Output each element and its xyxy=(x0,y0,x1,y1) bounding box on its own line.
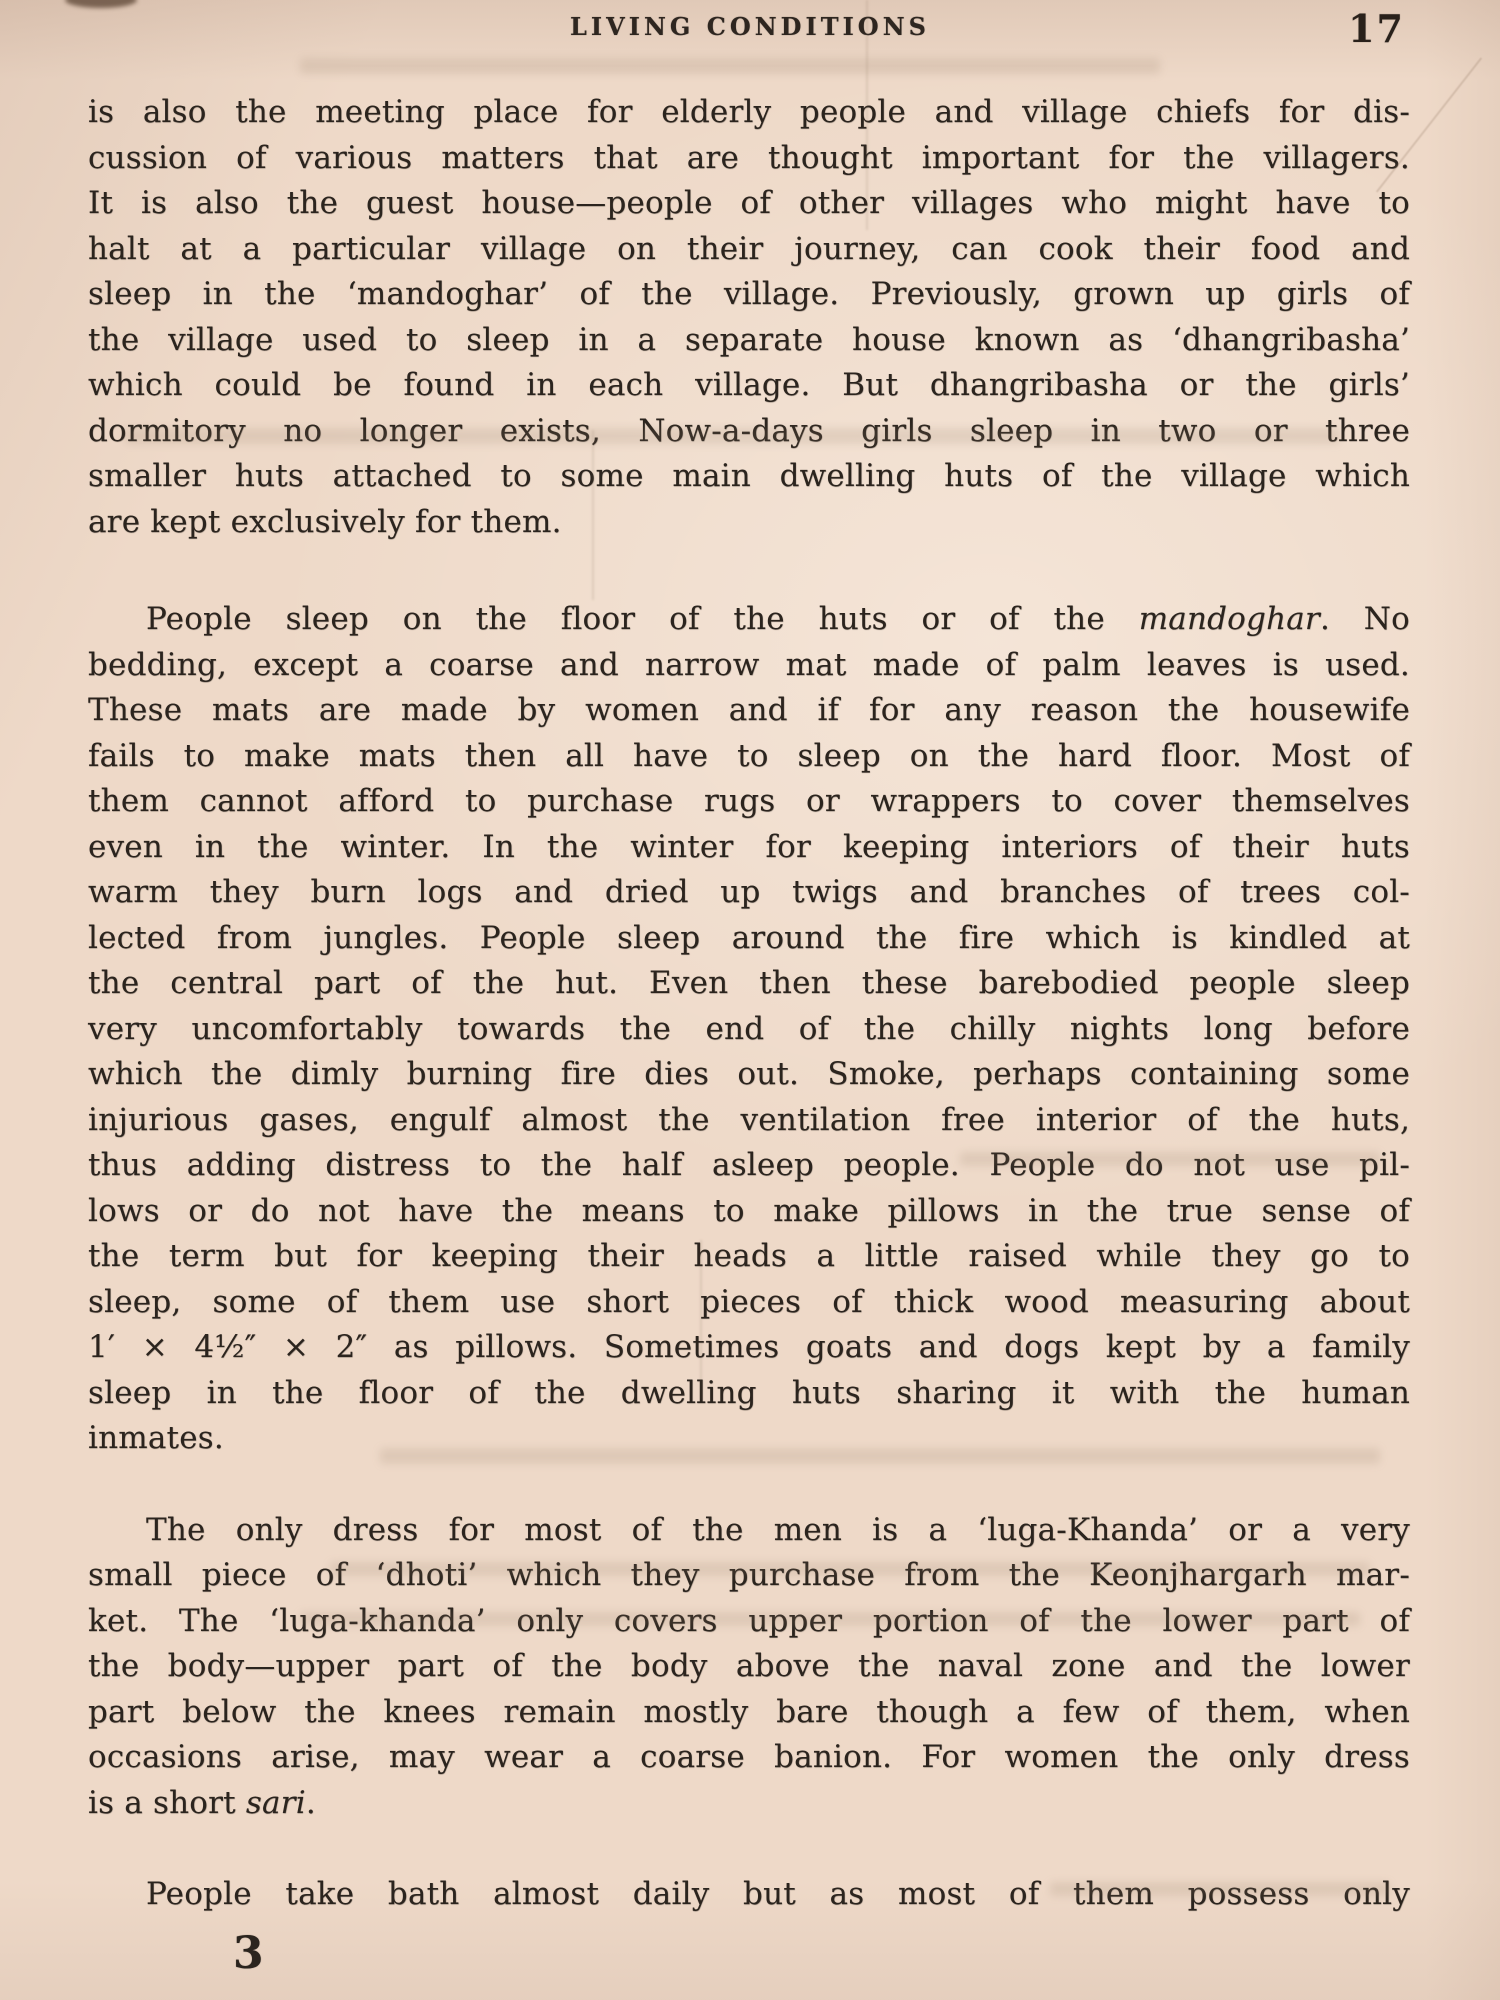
text-line: them cannot afford to purchase rugs or w… xyxy=(88,779,1410,825)
text-line: halt at a particular village on their jo… xyxy=(88,227,1410,273)
text-line: inmates. xyxy=(88,1416,1410,1462)
text-line: the village used to sleep in a separate … xyxy=(88,318,1410,364)
text-line: the body—upper part of the body above th… xyxy=(88,1644,1410,1690)
text-line: sleep in the ‘mandoghar’ of the village.… xyxy=(88,272,1410,318)
text-line: People sleep on the floor of the huts or… xyxy=(88,597,1410,643)
text-line: The only dress for most of the men is a … xyxy=(88,1508,1410,1554)
text-line: 1′ × 4½″ × 2″ as pillows. Sometimes goat… xyxy=(88,1325,1410,1371)
text-line: is also the meeting place for elderly pe… xyxy=(88,90,1410,136)
paper-smudge xyxy=(65,0,137,8)
text-line: warm they burn logs and dried up twigs a… xyxy=(88,870,1410,916)
text-line: lows or do not have the means to make pi… xyxy=(88,1189,1410,1235)
text-line: injurious gases, engulf almost the venti… xyxy=(88,1098,1410,1144)
signature-mark: 3 xyxy=(233,1928,264,1979)
text-line: even in the winter. In the winter for ke… xyxy=(88,825,1410,871)
text-line: sleep, some of them use short pieces of … xyxy=(88,1280,1410,1326)
text-line: the central part of the hut. Even then t… xyxy=(88,961,1410,1007)
text-line: People take bath almost daily but as mos… xyxy=(88,1872,1410,1918)
text-line: fails to make mats then all have to slee… xyxy=(88,734,1410,780)
text-line: sleep in the floor of the dwelling huts … xyxy=(88,1371,1410,1417)
text-line: is a short sari. xyxy=(88,1781,1410,1827)
book-page: LIVING CONDITIONS 17 is also the meeting… xyxy=(0,0,1500,2000)
text-line: bedding, except a coarse and narrow mat … xyxy=(88,643,1410,689)
text-line: thus adding distress to the half asleep … xyxy=(88,1143,1410,1189)
text-line: cussion of various matters that are thou… xyxy=(88,136,1410,182)
text-line: which could be found in each village. Bu… xyxy=(88,363,1410,409)
text-line: part below the knees remain mostly bare … xyxy=(88,1690,1410,1736)
body-text: is also the meeting place for elderly pe… xyxy=(88,90,1410,1918)
text-line: These mats are made by women and if for … xyxy=(88,688,1410,734)
text-line: It is also the guest house—people of oth… xyxy=(88,181,1410,227)
text-line: which the dimly burning fire dies out. S… xyxy=(88,1052,1410,1098)
text-line: occasions arise, may wear a coarse banio… xyxy=(88,1735,1410,1781)
paragraph-1: is also the meeting place for elderly pe… xyxy=(88,90,1410,545)
text-line: lected from jungles. People sleep around… xyxy=(88,916,1410,962)
header-title: LIVING CONDITIONS xyxy=(570,12,930,41)
paragraph-3: The only dress for most of the men is a … xyxy=(88,1508,1410,1827)
running-header: LIVING CONDITIONS 17 xyxy=(0,12,1500,41)
text-line: smaller huts attached to some main dwell… xyxy=(88,454,1410,500)
text-line: very uncomfortably towards the end of th… xyxy=(88,1007,1410,1053)
ghost-show-through xyxy=(300,58,1160,74)
text-line: the term but for keeping their heads a l… xyxy=(88,1234,1410,1280)
page-number: 17 xyxy=(1348,6,1405,51)
text-line: are kept exclusively for them. xyxy=(88,500,1410,546)
paragraph-4: People take bath almost daily but as mos… xyxy=(88,1872,1410,1918)
paragraph-2: People sleep on the floor of the huts or… xyxy=(88,597,1410,1462)
text-line: small piece of ‘dhoti’ which they purcha… xyxy=(88,1553,1410,1599)
text-line: ket. The ‘luga-khanda’ only covers upper… xyxy=(88,1599,1410,1645)
text-line: dormitory no longer exists, Now-a-days g… xyxy=(88,409,1410,455)
